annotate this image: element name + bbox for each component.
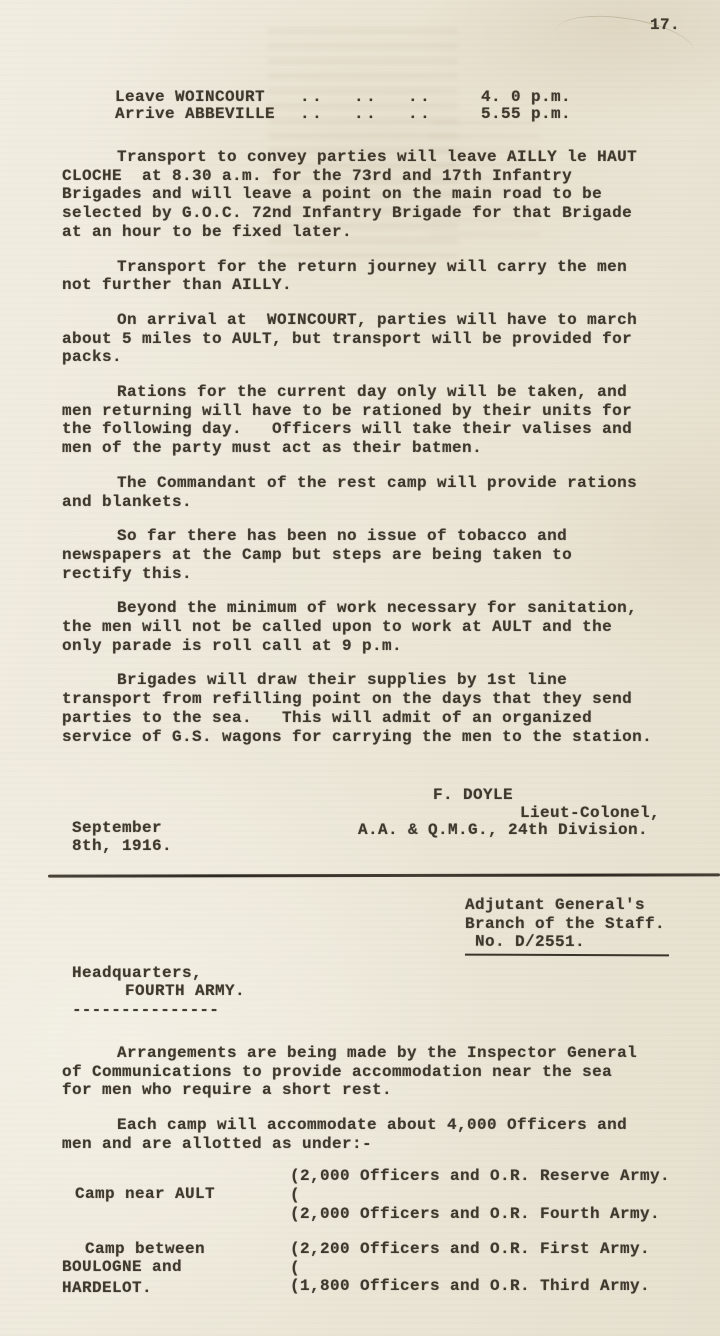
dot-leader: .. — [354, 88, 408, 105]
page-number: 17. — [650, 16, 680, 34]
dot-leader: .. — [408, 88, 481, 105]
signature-rank: Lieut-Colonel, — [520, 804, 660, 822]
paragraph: So far there has been no issue of tobacc… — [62, 527, 712, 583]
paragraph: The Commandant of the rest camp will pro… — [62, 474, 712, 511]
schedule-row-arrive: Arrive ABBEVILLE .. .. .. 5.55 p.m. — [115, 105, 571, 122]
document-page: 17. Leave WOINCOURT .. .. .. 4. 0 p.m. A… — [0, 0, 720, 1336]
schedule-row-leave: Leave WOINCOURT .. .. .. 4. 0 p.m. — [115, 88, 571, 105]
dot-leader: .. — [300, 88, 354, 105]
schedule-time: 5.55 p.m. — [481, 105, 571, 122]
paragraph: Beyond the minimum of work necessary for… — [62, 599, 712, 655]
paragraph: On arrival at WOINCOURT, parties will ha… — [62, 311, 712, 367]
dot-leader: .. — [354, 105, 408, 122]
paragraph: Rations for the current day only will be… — [62, 383, 712, 458]
camp-label: BOULOGNE and — [62, 1258, 182, 1276]
branch-block: Adjutant General's Branch of the Staff. … — [465, 896, 669, 956]
signature-date: September — [72, 819, 162, 837]
paragraph: Arrangements are being made by the Inspe… — [62, 1044, 712, 1100]
paragraph: Brigades will draw their supplies by 1st… — [62, 671, 712, 746]
schedule-label: Leave WOINCOURT — [115, 88, 300, 105]
dot-leader: .. — [300, 105, 354, 122]
reference-number-underlined: No. D/2551. — [465, 933, 669, 956]
order-body: Transport to convey parties will leave A… — [62, 148, 712, 762]
schedule-label: Arrive ABBEVILLE — [115, 105, 300, 122]
branch-line: Branch of the Staff. — [465, 915, 669, 934]
allotment-entry: (2,200 Officers and O.R. First Army. — [290, 1240, 650, 1258]
paragraph: Transport for the return journey will ca… — [62, 258, 712, 295]
paragraph: Transport to convey parties will leave A… — [62, 148, 712, 242]
brace: ( — [290, 1259, 300, 1277]
travel-schedule: Leave WOINCOURT .. .. .. 4. 0 p.m. Arriv… — [115, 88, 571, 122]
camp-label: HARDELOT. — [62, 1279, 152, 1297]
schedule-time: 4. 0 p.m. — [481, 88, 571, 105]
headquarters-block: Headquarters, FOURTH ARMY. -------------… — [72, 964, 245, 1020]
paragraph: Each camp will accommodate about 4,000 O… — [62, 1116, 712, 1153]
allotment-entry: (1,800 Officers and O.R. Third Army. — [290, 1277, 650, 1295]
reference-number: No. D/2551. — [465, 933, 669, 952]
signature-name: F. DOYLE — [433, 786, 513, 804]
branch-line: Adjutant General's — [465, 896, 669, 915]
camp-label: Camp between — [85, 1240, 205, 1258]
brace: ( — [290, 1186, 300, 1204]
signature-unit: A.A. & Q.M.G., 24th Division. — [358, 821, 648, 839]
camp-label: Camp near AULT — [75, 1185, 215, 1203]
typed-dashes: --------------- — [72, 1001, 245, 1019]
army-name: FOURTH ARMY. — [125, 982, 245, 1000]
section-divider — [48, 873, 720, 877]
memo-body: Arrangements are being made by the Inspe… — [62, 1044, 712, 1170]
dot-leader: .. — [408, 105, 481, 122]
signature-date: 8th, 1916. — [72, 837, 172, 855]
headquarters-line: Headquarters, — [72, 964, 245, 982]
allotment-entry: (2,000 Officers and O.R. Fourth Army. — [290, 1205, 660, 1223]
allotment-entry: (2,000 Officers and O.R. Reserve Army. — [290, 1167, 670, 1185]
